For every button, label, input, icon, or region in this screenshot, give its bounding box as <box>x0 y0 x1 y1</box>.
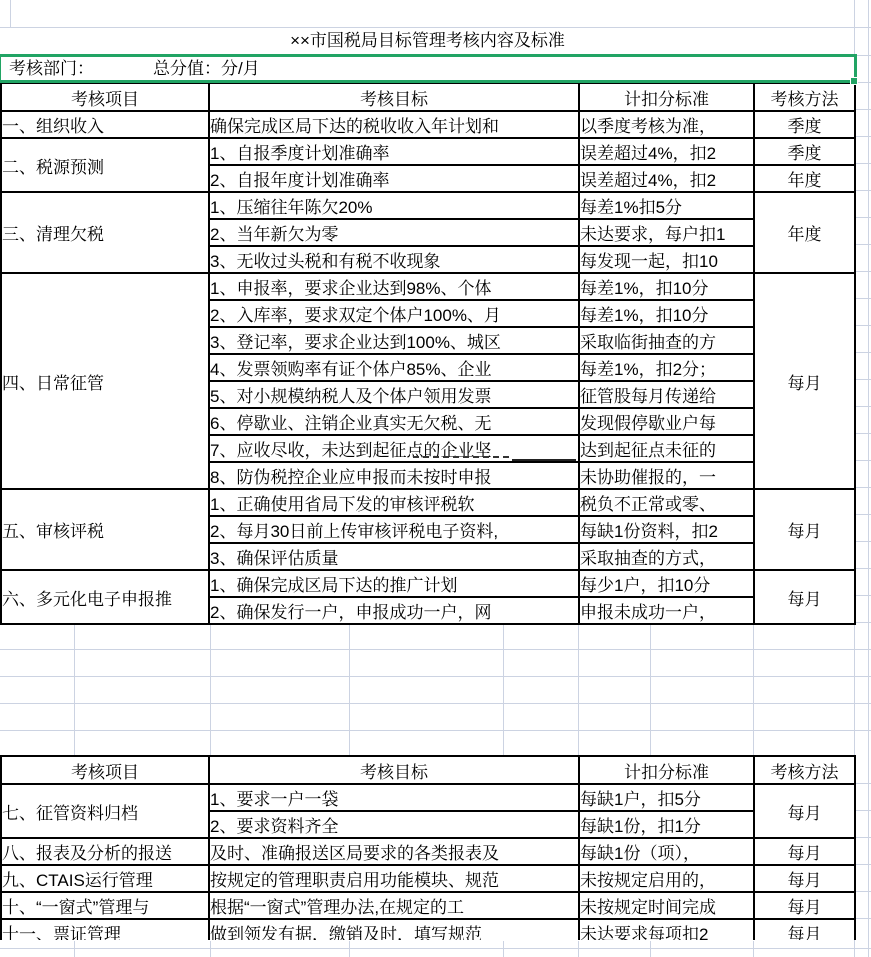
assessment-target-cell[interactable]: 1、自报季度计划准确率 <box>209 138 579 165</box>
deduction-standard-cell[interactable]: 未达要求每项扣2 <box>579 919 754 940</box>
deduction-standard-cell[interactable]: 达到起征点未征的 <box>579 435 754 462</box>
table-row: 十、“一窗式”管理与根据“一窗式”管理办法,在规定的工未按规定时间完成每月 <box>1 892 855 919</box>
assessment-target-cell[interactable]: 2、入库率，要求双定个体户100%、月 <box>209 300 579 327</box>
assessment-item-cell[interactable]: 九、CTAIS运行管理 <box>1 865 209 892</box>
assessment-item-cell[interactable]: 十一、票证管理 <box>1 919 209 940</box>
gridline <box>349 623 350 755</box>
dashed-underline-mark <box>413 456 509 458</box>
gridline <box>0 703 871 704</box>
table-row: 七、征管资料归档1、要求一户一袋每缺1户，扣5分每月 <box>1 784 855 811</box>
assessment-target-cell[interactable]: 2、自报年度计划准确率 <box>209 165 579 192</box>
department-label: 考核部门： <box>9 57 94 80</box>
assessment-target-cell[interactable]: 2、确保发行一户，申报成功一户，网 <box>209 597 579 624</box>
assessment-target-cell[interactable]: 6、停歇业、注销企业真实无欠税、无 <box>209 408 579 435</box>
col-header-deduction[interactable]: 计扣分标准 <box>579 83 754 111</box>
assessment-target-cell[interactable]: 4、发票领购率有证个体户85%、企业 <box>209 354 579 381</box>
method-cell[interactable]: 每月 <box>754 273 855 489</box>
gridline <box>650 941 651 957</box>
assessment-table-2: 考核项目 考核目标 计扣分标准 考核方法 七、征管资料归档1、要求一户一袋每缺1… <box>0 755 856 940</box>
col-header-item[interactable]: 考核项目 <box>1 83 209 111</box>
method-cell[interactable]: 每月 <box>754 865 855 892</box>
method-cell[interactable]: 每月 <box>754 570 855 624</box>
gridline <box>578 623 579 755</box>
assessment-target-cell[interactable]: 按规定的管理职责启用功能模块、规范 <box>209 865 579 892</box>
col-header-method[interactable]: 考核方法 <box>754 83 855 111</box>
table-row: 四、日常征管1、申报率，要求企业达到98%、个体每差1%，扣10分每月 <box>1 273 855 300</box>
header-row: 考核项目 考核目标 计扣分标准 考核方法 <box>1 83 855 111</box>
deduction-standard-cell[interactable]: 发现假停歇业户每 <box>579 408 754 435</box>
deduction-standard-cell[interactable]: 采取临街抽查的方 <box>579 327 754 354</box>
deduction-standard-cell[interactable]: 每差1%，扣2分； <box>579 354 754 381</box>
total-score-label: 总分值：分/月 <box>153 57 260 80</box>
spreadsheet-canvas: ××市国税局目标管理考核内容及标准 考核部门： 总分值：分/月 考核项目 考核目… <box>0 0 871 957</box>
method-cell[interactable]: 季度 <box>754 138 855 165</box>
gridline <box>503 941 504 957</box>
selection-fill-handle[interactable] <box>850 77 858 85</box>
method-cell[interactable]: 每月 <box>754 838 855 865</box>
assessment-target-cell[interactable]: 3、确保评估质量 <box>209 543 579 570</box>
method-cell[interactable]: 每月 <box>754 489 855 570</box>
deduction-standard-cell[interactable]: 误差超过4%，扣2 <box>579 138 754 165</box>
gridline <box>210 941 211 957</box>
deduction-standard-cell[interactable]: 未达要求，每户扣1 <box>579 219 754 246</box>
assessment-target-cell[interactable]: 7、应收尽收，未达到起征点的企业坚 <box>209 435 579 462</box>
deduction-standard-cell[interactable]: 每缺1户，扣5分 <box>579 784 754 811</box>
deduction-standard-cell[interactable]: 以季度考核为准， <box>579 111 754 138</box>
assessment-item-cell[interactable]: 五、审核评税 <box>1 489 209 570</box>
assessment-item-cell[interactable]: 一、组织收入 <box>1 111 209 138</box>
gridline <box>10 0 11 27</box>
gridline <box>74 623 75 755</box>
deduction-standard-cell[interactable]: 采取抽查的方式， <box>579 543 754 570</box>
col-header-target[interactable]: 考核目标 <box>209 756 579 784</box>
deduction-standard-cell[interactable]: 征管股每月传递给 <box>579 381 754 408</box>
assessment-item-cell[interactable]: 八、报表及分析的报送 <box>1 838 209 865</box>
gridline <box>753 623 754 755</box>
col-header-deduction[interactable]: 计扣分标准 <box>579 756 754 784</box>
gridline <box>0 730 871 731</box>
deduction-standard-cell[interactable]: 未协助催报的，一 <box>579 462 754 489</box>
deduction-standard-cell[interactable]: 每缺1份，扣1分 <box>579 811 754 838</box>
assessment-item-cell[interactable]: 二、税源预测 <box>1 138 209 192</box>
assessment-target-cell[interactable]: 做到领发有据，缴销及时，填写规范 <box>209 919 579 940</box>
table-row: 六、多元化电子申报推1、确保完成区局下达的推广计划每少1户，扣10分每月 <box>1 570 855 597</box>
table-row: 十一、票证管理做到领发有据，缴销及时，填写规范未达要求每项扣2每月 <box>1 919 855 940</box>
col-header-target[interactable]: 考核目标 <box>209 83 579 111</box>
solid-underline-mark <box>512 459 576 461</box>
assessment-target-cell[interactable]: 1、确保完成区局下达的推广计划 <box>209 570 579 597</box>
deduction-standard-cell[interactable]: 每差1%，扣10分 <box>579 273 754 300</box>
gridline <box>74 941 75 957</box>
table-row: 三、清理欠税1、压缩往年陈欠20%每差1%扣5分年度 <box>1 192 855 219</box>
assessment-table-1: 考核项目 考核目标 计扣分标准 考核方法 一、组织收入确保完成区局下达的税收收入… <box>0 82 856 625</box>
assessment-item-cell[interactable]: 四、日常征管 <box>1 273 209 489</box>
assessment-target-cell[interactable]: 5、对小规模纳税人及个体户领用发票 <box>209 381 579 408</box>
method-cell[interactable]: 年度 <box>754 165 855 192</box>
gridline <box>503 623 504 755</box>
selected-info-row[interactable]: 考核部门： 总分值：分/月 <box>0 54 857 83</box>
assessment-target-cell[interactable]: 1、压缩往年陈欠20% <box>209 192 579 219</box>
deduction-standard-cell[interactable]: 每缺1份（项）， <box>579 838 754 865</box>
deduction-standard-cell[interactable]: 申报未成功一户， <box>579 597 754 624</box>
assessment-target-cell[interactable]: 2、要求资料齐全 <box>209 811 579 838</box>
assessment-target-cell[interactable]: 3、无收过头税和有税不收现象 <box>209 246 579 273</box>
deduction-standard-cell[interactable]: 每发现一起，扣10 <box>579 246 754 273</box>
table-row: 一、组织收入确保完成区局下达的税收收入年计划和以季度考核为准，季度 <box>1 111 855 138</box>
gridline <box>578 941 579 957</box>
assessment-target-cell[interactable]: 8、防伪税控企业应申报而未按时申报 <box>209 462 579 489</box>
table-row: 九、CTAIS运行管理按规定的管理职责启用功能模块、规范未按规定启用的，每月 <box>1 865 855 892</box>
deduction-standard-cell[interactable]: 误差超过4%，扣2 <box>579 165 754 192</box>
deduction-standard-cell[interactable]: 每少1户，扣10分 <box>579 570 754 597</box>
assessment-item-cell[interactable]: 七、征管资料归档 <box>1 784 209 838</box>
assessment-target-cell[interactable]: 确保完成区局下达的税收收入年计划和 <box>209 111 579 138</box>
assessment-target-cell[interactable]: 1、申报率，要求企业达到98%、个体 <box>209 273 579 300</box>
col-header-method[interactable]: 考核方法 <box>754 756 855 784</box>
gridline <box>650 623 651 755</box>
assessment-target-cell[interactable]: 3、登记率，要求企业达到100%、城区 <box>209 327 579 354</box>
gridline <box>753 941 754 957</box>
assessment-item-cell[interactable]: 六、多元化电子申报推 <box>1 570 209 624</box>
method-cell[interactable]: 年度 <box>754 192 855 273</box>
header-row: 考核项目 考核目标 计扣分标准 考核方法 <box>1 756 855 784</box>
table-row: 五、审核评税1、正确使用省局下发的审核评税软税负不正常或零、每月 <box>1 489 855 516</box>
method-cell[interactable]: 每月 <box>754 784 855 838</box>
deduction-standard-cell[interactable]: 未按规定时间完成 <box>579 892 754 919</box>
deduction-standard-cell[interactable]: 每缺1份资料，扣2 <box>579 516 754 543</box>
method-cell[interactable]: 每月 <box>754 919 855 940</box>
table-row: 八、报表及分析的报送及时、准确报送区局要求的各类报表及每缺1份（项），每月 <box>1 838 855 865</box>
assessment-item-cell[interactable]: 三、清理欠税 <box>1 192 209 273</box>
deduction-standard-cell[interactable]: 每差1%扣5分 <box>579 192 754 219</box>
method-cell[interactable]: 每月 <box>754 892 855 919</box>
assessment-target-cell[interactable]: 1、要求一户一袋 <box>209 784 579 811</box>
assessment-target-cell[interactable]: 及时、准确报送区局要求的各类报表及 <box>209 838 579 865</box>
method-cell[interactable]: 季度 <box>754 111 855 138</box>
table-row: 二、税源预测1、自报季度计划准确率误差超过4%，扣2季度 <box>1 138 855 165</box>
assessment-item-cell[interactable]: 十、“一窗式”管理与 <box>1 892 209 919</box>
gridline <box>0 948 871 949</box>
sheet-title: ××市国税局目标管理考核内容及标准 <box>290 31 565 50</box>
assessment-target-cell[interactable]: 根据“一窗式”管理办法,在规定的工 <box>209 892 579 919</box>
assessment-target-cell[interactable]: 2、每月30日前上传审核评税电子资料, <box>209 516 579 543</box>
assessment-target-cell[interactable]: 1、正确使用省局下发的审核评税软 <box>209 489 579 516</box>
col-header-item[interactable]: 考核项目 <box>1 756 209 784</box>
deduction-standard-cell[interactable]: 每差1%，扣10分 <box>579 300 754 327</box>
gridline <box>349 941 350 957</box>
gridline <box>210 623 211 755</box>
gridline <box>0 649 871 650</box>
title-cell[interactable]: ××市国税局目标管理考核内容及标准 <box>0 27 855 55</box>
gridline <box>0 676 871 677</box>
deduction-standard-cell[interactable]: 税负不正常或零、 <box>579 489 754 516</box>
deduction-standard-cell[interactable]: 未按规定启用的， <box>579 865 754 892</box>
table-2-clipped-region: 考核项目 考核目标 计扣分标准 考核方法 七、征管资料归档1、要求一户一袋每缺1… <box>0 755 871 940</box>
assessment-target-cell[interactable]: 2、当年新欠为零 <box>209 219 579 246</box>
